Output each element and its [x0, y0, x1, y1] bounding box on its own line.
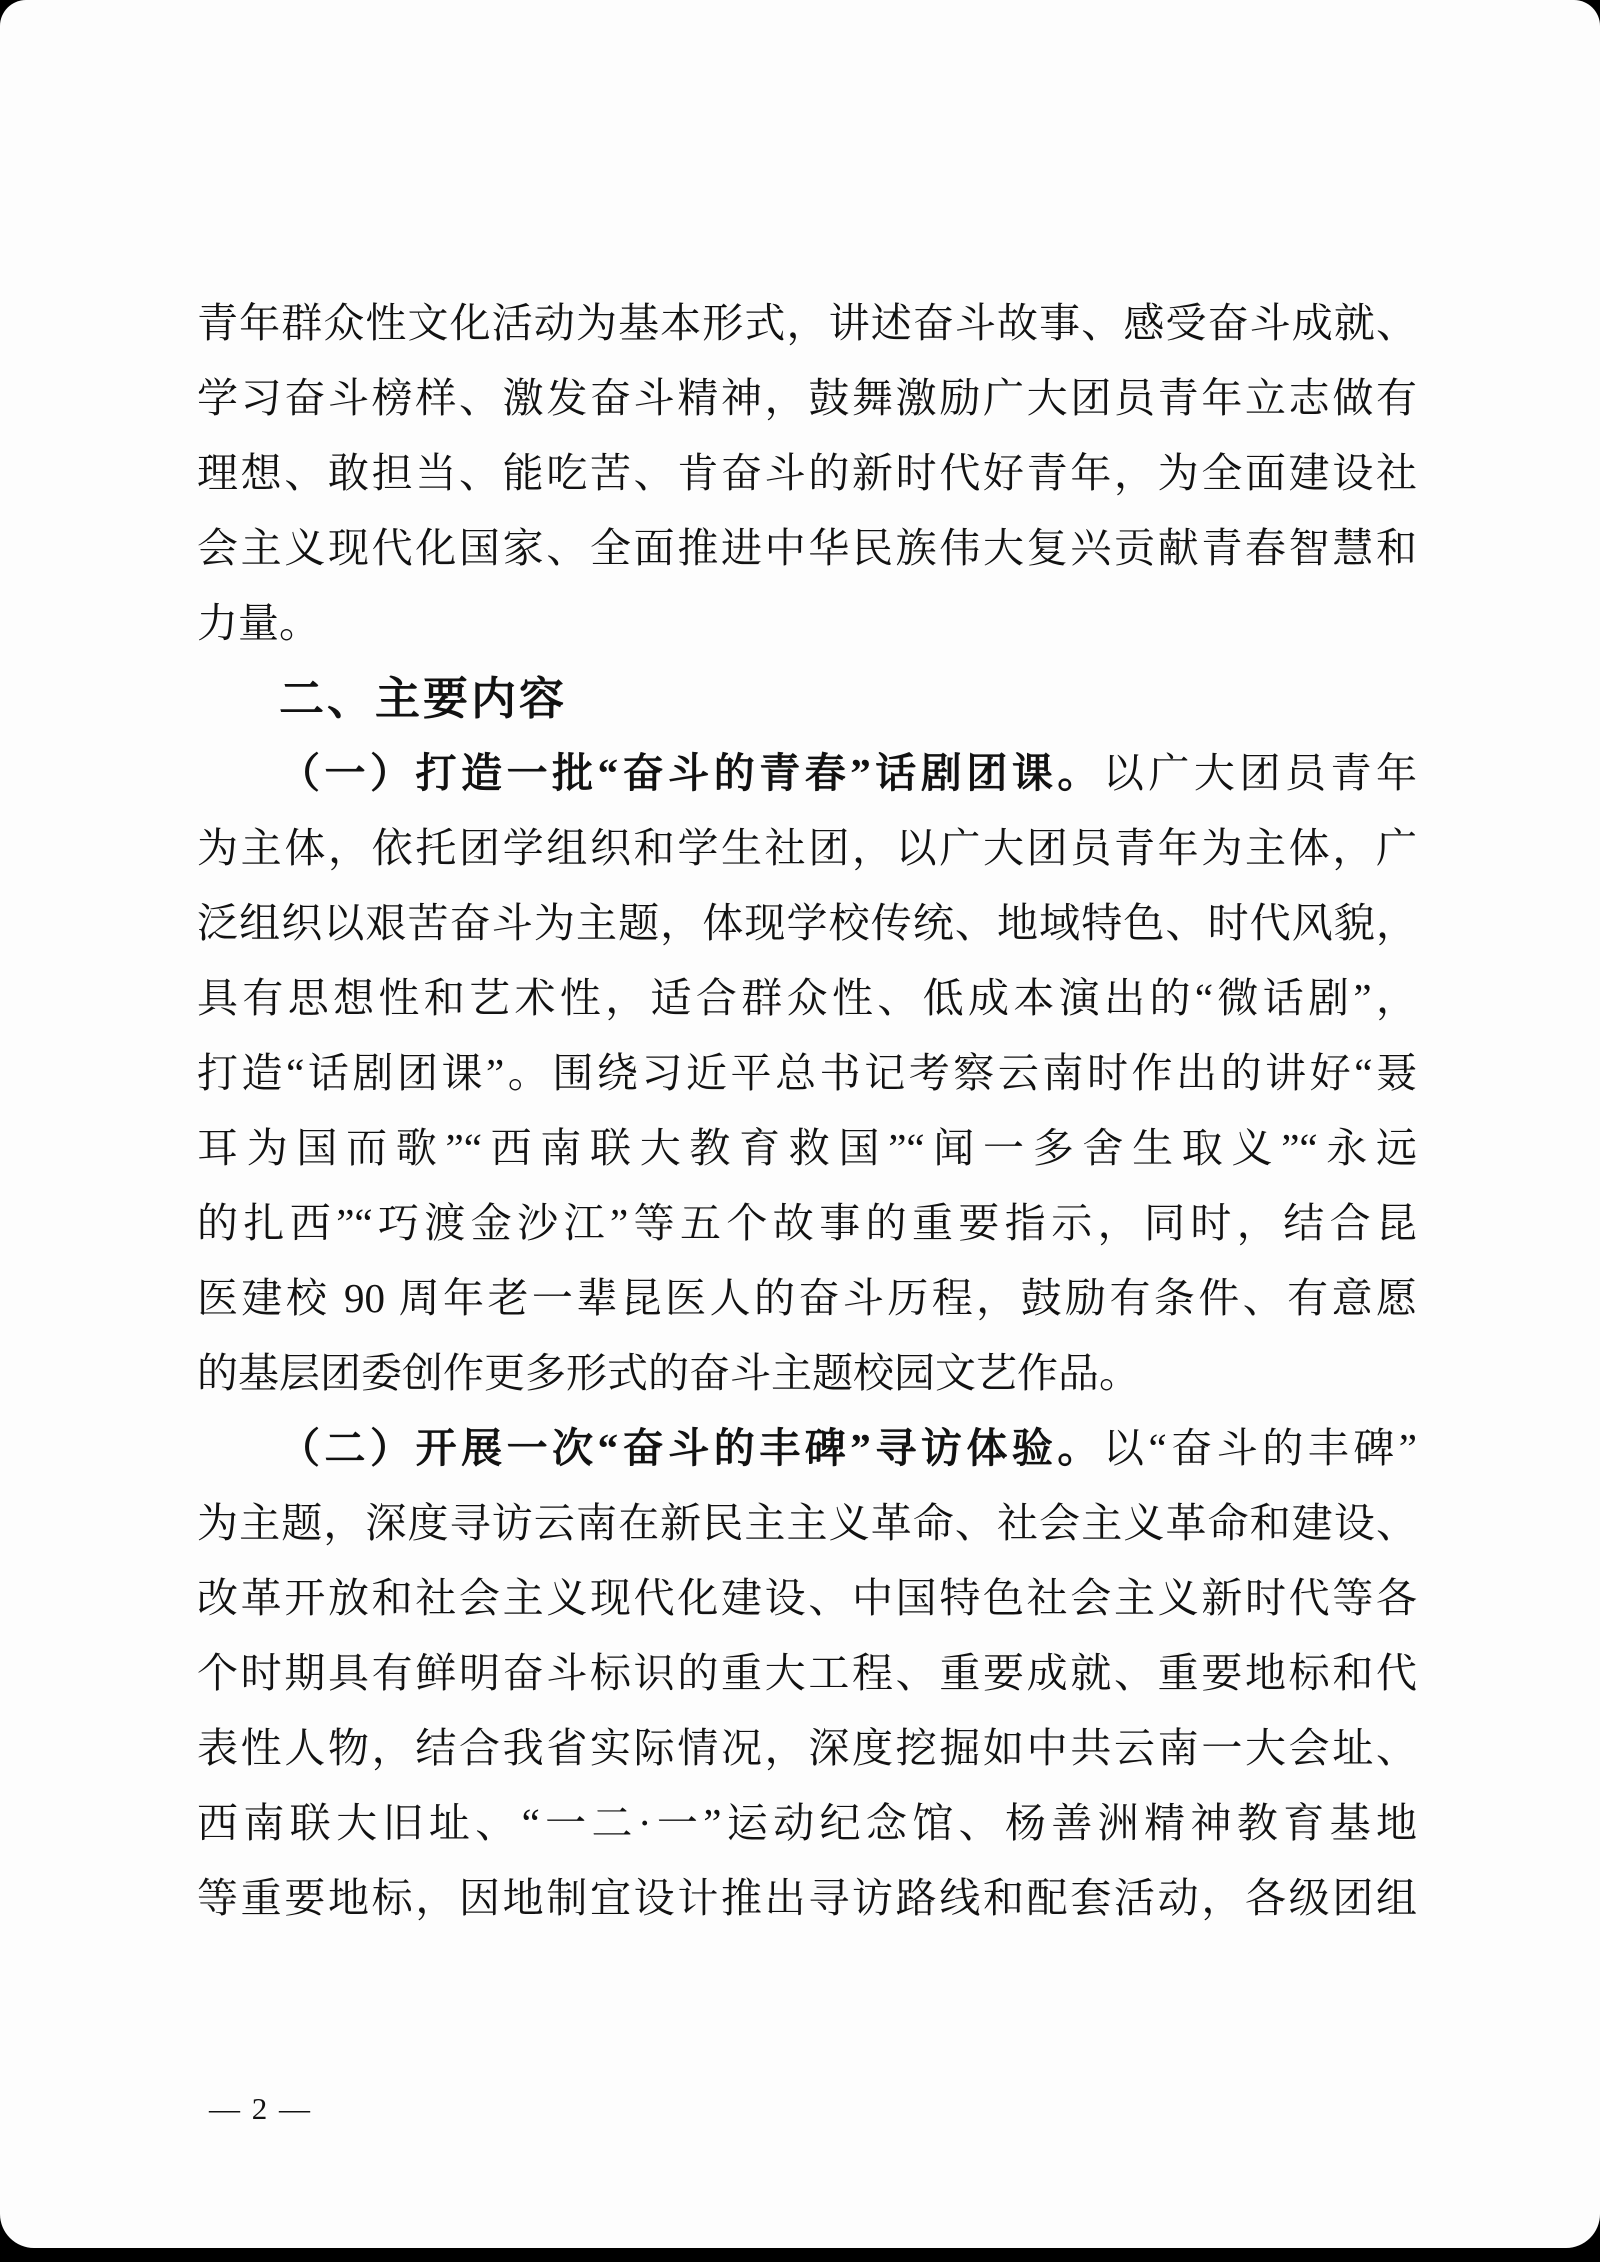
text-line: 力量。	[197, 586, 1417, 661]
paragraph-lead-rest: 以“奋斗的丰碑”	[1103, 1425, 1417, 1471]
text-line: 为主题，深度寻访云南在新民主主义革命、社会主义革命和建设、	[197, 1486, 1417, 1561]
paragraph-lead-line: （一）打造一批“奋斗的青春”话剧团课。以广大团员青年	[197, 736, 1417, 811]
text-line: 医建校 90 周年老一辈昆医人的奋斗历程，鼓励有条件、有意愿	[197, 1261, 1417, 1336]
paragraph-lead-line: （二）开展一次“奋斗的丰碑”寻访体验。以“奋斗的丰碑”	[197, 1411, 1417, 1486]
paragraph-lead-bold: （一）打造一批“奋斗的青春”话剧团课。	[279, 750, 1103, 796]
document-text-block: 青年群众性文化活动为基本形式，讲述奋斗故事、感受奋斗成就、 学习奋斗榜样、激发奋…	[197, 286, 1417, 1936]
text-line: 泛组织以艰苦奋斗为主题，体现学校传统、地域特色、时代风貌，	[197, 886, 1417, 961]
document-canvas: 青年群众性文化活动为基本形式，讲述奋斗故事、感受奋斗成就、 学习奋斗榜样、激发奋…	[0, 0, 1600, 2262]
text-line: 为主体，依托团学组织和学生社团，以广大团员青年为主体，广	[197, 811, 1417, 886]
text-line: 的扎西”“巧渡金沙江”等五个故事的重要指示，同时，结合昆	[197, 1186, 1417, 1261]
paragraph-lead-bold: （二）开展一次“奋斗的丰碑”寻访体验。	[279, 1425, 1103, 1471]
text-line: 青年群众性文化活动为基本形式，讲述奋斗故事、感受奋斗成就、	[197, 286, 1417, 361]
page-number: — 2 —	[209, 2089, 312, 2129]
text-line: 耳为国而歌”“西南联大教育救国”“闻一多舍生取义”“永远	[197, 1111, 1417, 1186]
text-line: 个时期具有鲜明奋斗标识的重大工程、重要成就、重要地标和代	[197, 1636, 1417, 1711]
text-line: 具有思想性和艺术性，适合群众性、低成本演出的“微话剧”，	[197, 961, 1417, 1036]
text-line: 西南联大旧址、“一二·一”运动纪念馆、杨善洲精神教育基地	[197, 1786, 1417, 1861]
text-line: 的基层团委创作更多形式的奋斗主题校园文艺作品。	[197, 1336, 1417, 1411]
text-line: 打造“话剧团课”。围绕习近平总书记考察云南时作出的讲好“聂	[197, 1036, 1417, 1111]
text-line: 改革开放和社会主义现代化建设、中国特色社会主义新时代等各	[197, 1561, 1417, 1636]
section-heading: 二、主要内容	[197, 661, 1417, 736]
text-line: 理想、敢担当、能吃苦、肯奋斗的新时代好青年，为全面建设社	[197, 436, 1417, 511]
paragraph-lead-rest: 以广大团员青年	[1103, 750, 1417, 796]
text-line: 等重要地标，因地制宜设计推出寻访路线和配套活动，各级团组	[197, 1861, 1417, 1936]
text-line: 学习奋斗榜样、激发奋斗精神，鼓舞激励广大团员青年立志做有	[197, 361, 1417, 436]
text-line: 会主义现代化国家、全面推进中华民族伟大复兴贡献青春智慧和	[197, 511, 1417, 586]
document-page: 青年群众性文化活动为基本形式，讲述奋斗故事、感受奋斗成就、 学习奋斗榜样、激发奋…	[0, 0, 1600, 2248]
text-line: 表性人物，结合我省实际情况，深度挖掘如中共云南一大会址、	[197, 1711, 1417, 1786]
